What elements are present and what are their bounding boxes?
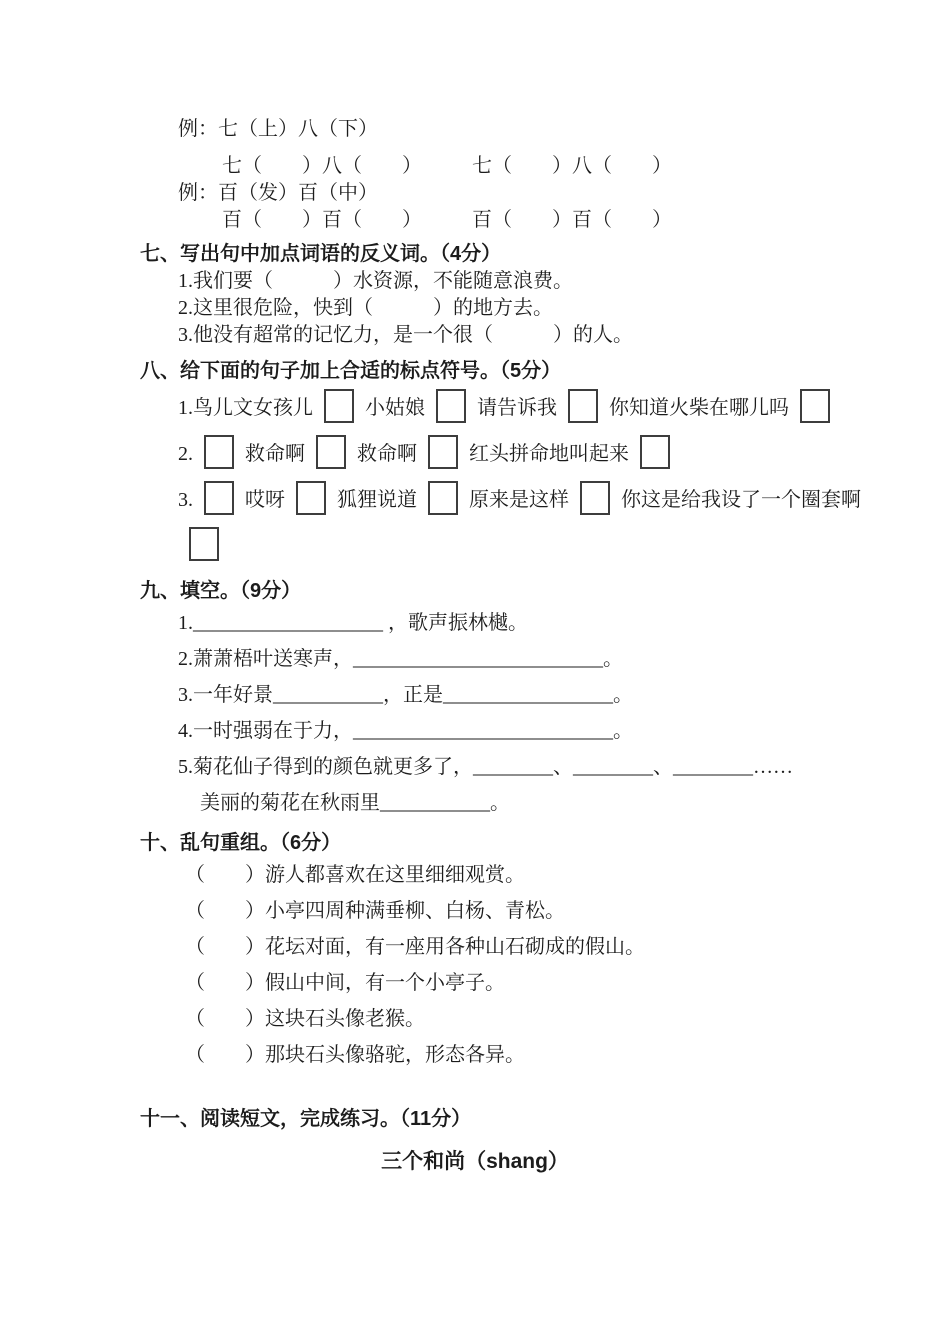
sentence-fragment: 小姑娘 <box>365 397 425 419</box>
passage-title: 三个和尚（shang） <box>40 1147 910 1177</box>
question-item: 2.这里很危险，快到（ ）的地方去。 <box>140 295 910 322</box>
example-block: 例：七（上）八（下） 七（ ）八（ ） 七（ ）八（ ） 例：百（发）百（中） … <box>140 116 910 234</box>
answer-box <box>428 435 458 469</box>
question-item: 1.我们要（ ）水资源，不能随意浪费。 <box>140 268 910 295</box>
section-seven-antonyms: 七、写出句中加点词语的反义词。（4分） 1.我们要（ ）水资源，不能随意浪费。 … <box>140 240 910 349</box>
answer-box <box>189 527 219 561</box>
sentence-fragment: 救命啊 <box>357 443 417 465</box>
question-item: 1.___________________ ，歌声振林樾。 <box>140 605 910 641</box>
section-eleven-reading: 十一、阅读短文，完成练习。（11分） 三个和尚（shang） <box>140 1105 910 1177</box>
answer-box <box>436 389 466 423</box>
sentence-fragment: 原来是这样 <box>469 489 569 511</box>
reorder-item: （ ）假山中间，有一个小亭子。 <box>140 965 910 1001</box>
reorder-item: （ ）小亭四周种满垂柳、白杨、青松。 <box>140 893 910 929</box>
reorder-item: （ ）花坛对面，有一座用各种山石砌成的假山。 <box>140 929 910 965</box>
section-title: 十、乱句重组。（6分） <box>140 829 910 857</box>
punctuation-item: 2.救命啊救命啊红头拼命地叫起来 <box>140 431 910 477</box>
answer-box <box>204 435 234 469</box>
reorder-item: （ ）游人都喜欢在这里细细观赏。 <box>140 857 910 893</box>
question-item: 3.一年好景___________，正是_________________。 <box>140 677 910 713</box>
answer-box <box>204 481 234 515</box>
reorder-item: （ ）那块石头像骆驼，形态各异。 <box>140 1037 910 1073</box>
sentence-fragment: 狐狸说道 <box>337 489 417 511</box>
answer-line: 七（ ）八（ ） 七（ ）八（ ） <box>140 153 910 180</box>
sentence-fragment: 3. <box>178 489 193 511</box>
reorder-item: （ ）这块石头像老猴。 <box>140 1001 910 1037</box>
answer-box <box>324 389 354 423</box>
section-nine-fill-blanks: 九、填空。（9分） 1.___________________ ，歌声振林樾。 … <box>140 577 910 821</box>
example-line: 例：七（上）八（下） <box>140 116 910 143</box>
answer-box <box>568 389 598 423</box>
answer-box <box>800 389 830 423</box>
answer-box <box>640 435 670 469</box>
sentence-fragment: 你知道火柴在哪儿吗 <box>609 397 789 419</box>
section-title: 十一、阅读短文，完成练习。（11分） <box>140 1105 910 1133</box>
question-item: 5.菊花仙子得到的颜色就更多了，________、________、______… <box>140 749 910 785</box>
section-eight-punctuation: 八、给下面的句子加上合适的标点符号。（5分） 1.鸟儿文女孩儿小姑娘请告诉我你知… <box>140 357 910 569</box>
sentence-fragment: 你这是给我设了一个圈套啊 <box>621 489 861 511</box>
sentence-fragment: 请告诉我 <box>477 397 557 419</box>
question-item: 4.一时强弱在于力，__________________________。 <box>140 713 910 749</box>
exam-page: 例：七（上）八（下） 七（ ）八（ ） 七（ ）八（ ） 例：百（发）百（中） … <box>0 0 950 1344</box>
answer-box <box>316 435 346 469</box>
answer-box <box>296 481 326 515</box>
question-item-continuation: 美丽的菊花在秋雨里___________。 <box>140 785 910 821</box>
section-title: 九、填空。（9分） <box>140 577 910 605</box>
punctuation-item: 3.哎呀狐狸说道原来是这样你这是给我设了一个圈套啊 <box>140 477 910 569</box>
section-ten-reorder: 十、乱句重组。（6分） （ ）游人都喜欢在这里细细观赏。 （ ）小亭四周种满垂柳… <box>140 829 910 1073</box>
sentence-fragment: 哎呀 <box>245 489 285 511</box>
answer-box <box>580 481 610 515</box>
question-item: 2.萧萧梧叶送寒声，_________________________。 <box>140 641 910 677</box>
sentence-fragment: 红头拼命地叫起来 <box>469 443 629 465</box>
sentence-fragment: 救命啊 <box>245 443 305 465</box>
answer-line: 百（ ）百（ ） 百（ ）百（ ） <box>140 207 910 234</box>
punctuation-item: 1.鸟儿文女孩儿小姑娘请告诉我你知道火柴在哪儿吗 <box>140 385 910 431</box>
sentence-fragment: 2. <box>178 443 193 465</box>
answer-box <box>428 481 458 515</box>
example-line: 例：百（发）百（中） <box>140 180 910 207</box>
sentence-fragment: 1.鸟儿文女孩儿 <box>178 397 313 419</box>
question-item: 3.他没有超常的记忆力，是一个很（ ）的人。 <box>140 322 910 349</box>
section-title: 七、写出句中加点词语的反义词。（4分） <box>140 240 910 268</box>
section-title: 八、给下面的句子加上合适的标点符号。（5分） <box>140 357 910 385</box>
